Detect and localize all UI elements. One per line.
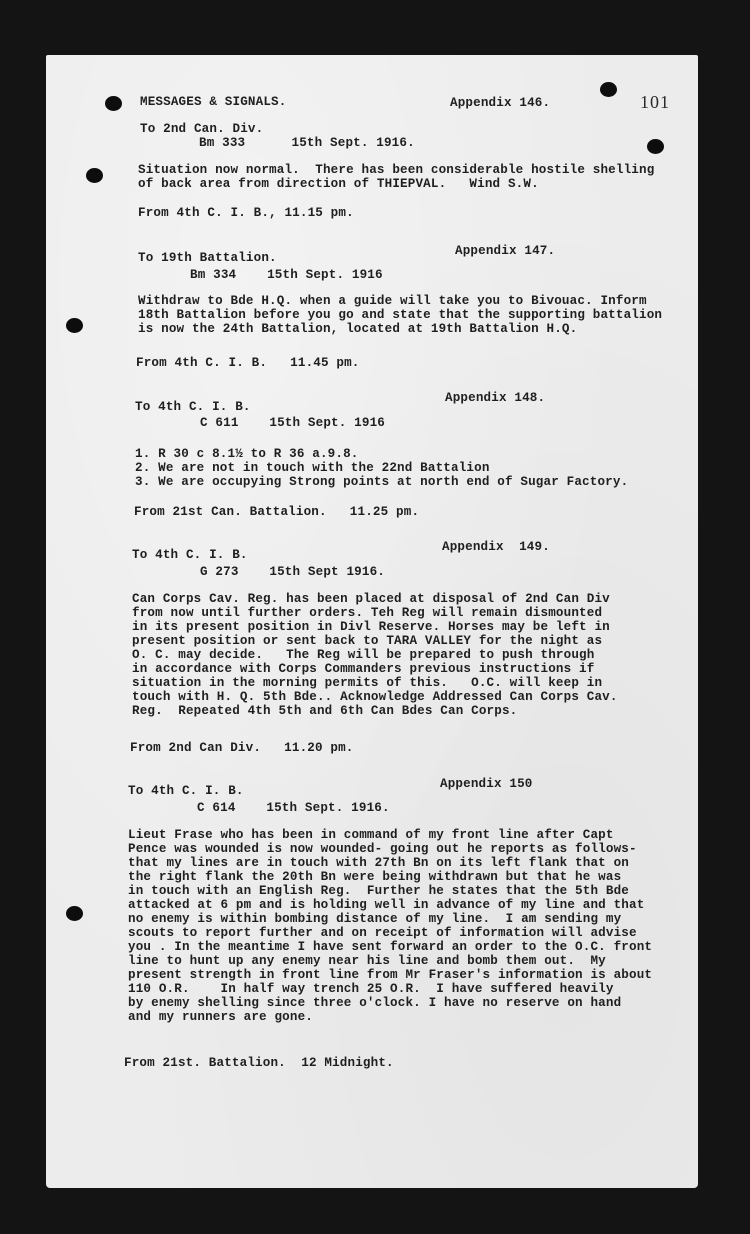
message-body: Situation now normal. There has been con… [138, 163, 654, 191]
punch-hole-icon [66, 906, 83, 921]
body-line: from now until further orders. Teh Reg w… [132, 606, 618, 620]
body-line: Reg. Repeated 4th 5th and 6th Can Bdes C… [132, 704, 618, 718]
body-line: in touch with an English Reg. Further he… [128, 884, 652, 898]
body-line: attacked at 6 pm and is holding well in … [128, 898, 652, 912]
body-line: in its present position in Divl Reserve.… [132, 620, 618, 634]
body-line: no enemy is within bombing distance of m… [128, 912, 652, 926]
body-line: 1. R 30 c 8.1½ to R 36 a.9.8. [135, 447, 628, 461]
message-recipient: To 4th C. I. B. [135, 400, 251, 414]
message-recipient: To 4th C. I. B. [128, 784, 244, 798]
appendix-label: Appendix 148. [445, 391, 545, 405]
body-line: by enemy shelling since three o'clock. I… [128, 996, 652, 1010]
message-recipient: To 2nd Can. Div. [140, 122, 263, 136]
message-ref-date: Bm 334 15th Sept. 1916 [190, 268, 383, 282]
punch-hole-icon [105, 96, 122, 111]
message-ref-date: C 614 15th Sept. 1916. [197, 801, 390, 815]
message-sender: From 21st Can. Battalion. 11.25 pm. [134, 505, 419, 519]
message-body: 1. R 30 c 8.1½ to R 36 a.9.8. 2. We are … [135, 447, 628, 489]
appendix-label: Appendix 150 [440, 777, 533, 791]
punch-hole-icon [647, 139, 664, 154]
message-sender: From 21st. Battalion. 12 Midnight. [124, 1056, 394, 1070]
appendix-label: Appendix 146. [450, 96, 550, 110]
message-sender: From 4th C. I. B., 11.15 pm. [138, 206, 354, 220]
body-line: 18th Battalion before you go and state t… [138, 308, 662, 322]
body-line: Pence was wounded is now wounded- going … [128, 842, 652, 856]
body-line: present strength in front line from Mr F… [128, 968, 652, 982]
body-line: situation in the morning permits of this… [132, 676, 618, 690]
message-sender: From 4th C. I. B. 11.45 pm. [136, 356, 360, 370]
body-line: present position or sent back to TARA VA… [132, 634, 618, 648]
message-sender: From 2nd Can Div. 11.20 pm. [130, 741, 354, 755]
body-line: Lieut Frase who has been in command of m… [128, 828, 652, 842]
body-line: line to hunt up any enemy near his line … [128, 954, 652, 968]
punch-hole-icon [600, 82, 617, 97]
message-recipient: To 4th C. I. B. [132, 548, 248, 562]
body-line: 110 O.R. In half way trench 25 O.R. I ha… [128, 982, 652, 996]
body-line: the right flank the 20th Bn were being w… [128, 870, 652, 884]
message-ref-date: G 273 15th Sept 1916. [200, 565, 385, 579]
body-line: 3. We are occupying Strong points at nor… [135, 475, 628, 489]
body-line: Can Corps Cav. Reg. has been placed at d… [132, 592, 618, 606]
message-body: Lieut Frase who has been in command of m… [128, 828, 652, 1024]
body-line: 2. We are not in touch with the 22nd Bat… [135, 461, 628, 475]
message-body: Withdraw to Bde H.Q. when a guide will t… [138, 294, 662, 336]
document-header: MESSAGES & SIGNALS. [140, 95, 286, 109]
message-ref-date: C 611 15th Sept. 1916 [200, 416, 385, 430]
message-recipient: To 19th Battalion. [138, 251, 277, 265]
page-number: 101 [640, 92, 670, 113]
punch-hole-icon [66, 318, 83, 333]
body-line: of back area from direction of THIEPVAL.… [138, 177, 654, 191]
body-line: O. C. may decide. The Reg will be prepar… [132, 648, 618, 662]
body-line: scouts to report further and on receipt … [128, 926, 652, 940]
message-ref-date: Bm 333 15th Sept. 1916. [199, 136, 415, 150]
punch-hole-icon [86, 168, 103, 183]
appendix-label: Appendix 147. [455, 244, 555, 258]
body-line: and my runners are gone. [128, 1010, 652, 1024]
body-line: Withdraw to Bde H.Q. when a guide will t… [138, 294, 662, 308]
body-line: Situation now normal. There has been con… [138, 163, 654, 177]
body-line: is now the 24th Battalion, located at 19… [138, 322, 662, 336]
body-line: in accordance with Corps Commanders prev… [132, 662, 618, 676]
body-line: touch with H. Q. 5th Bde.. Acknowledge A… [132, 690, 618, 704]
body-line: you . In the meantime I have sent forwar… [128, 940, 652, 954]
body-line: that my lines are in touch with 27th Bn … [128, 856, 652, 870]
appendix-label: Appendix 149. [442, 540, 550, 554]
message-body: Can Corps Cav. Reg. has been placed at d… [132, 592, 618, 718]
